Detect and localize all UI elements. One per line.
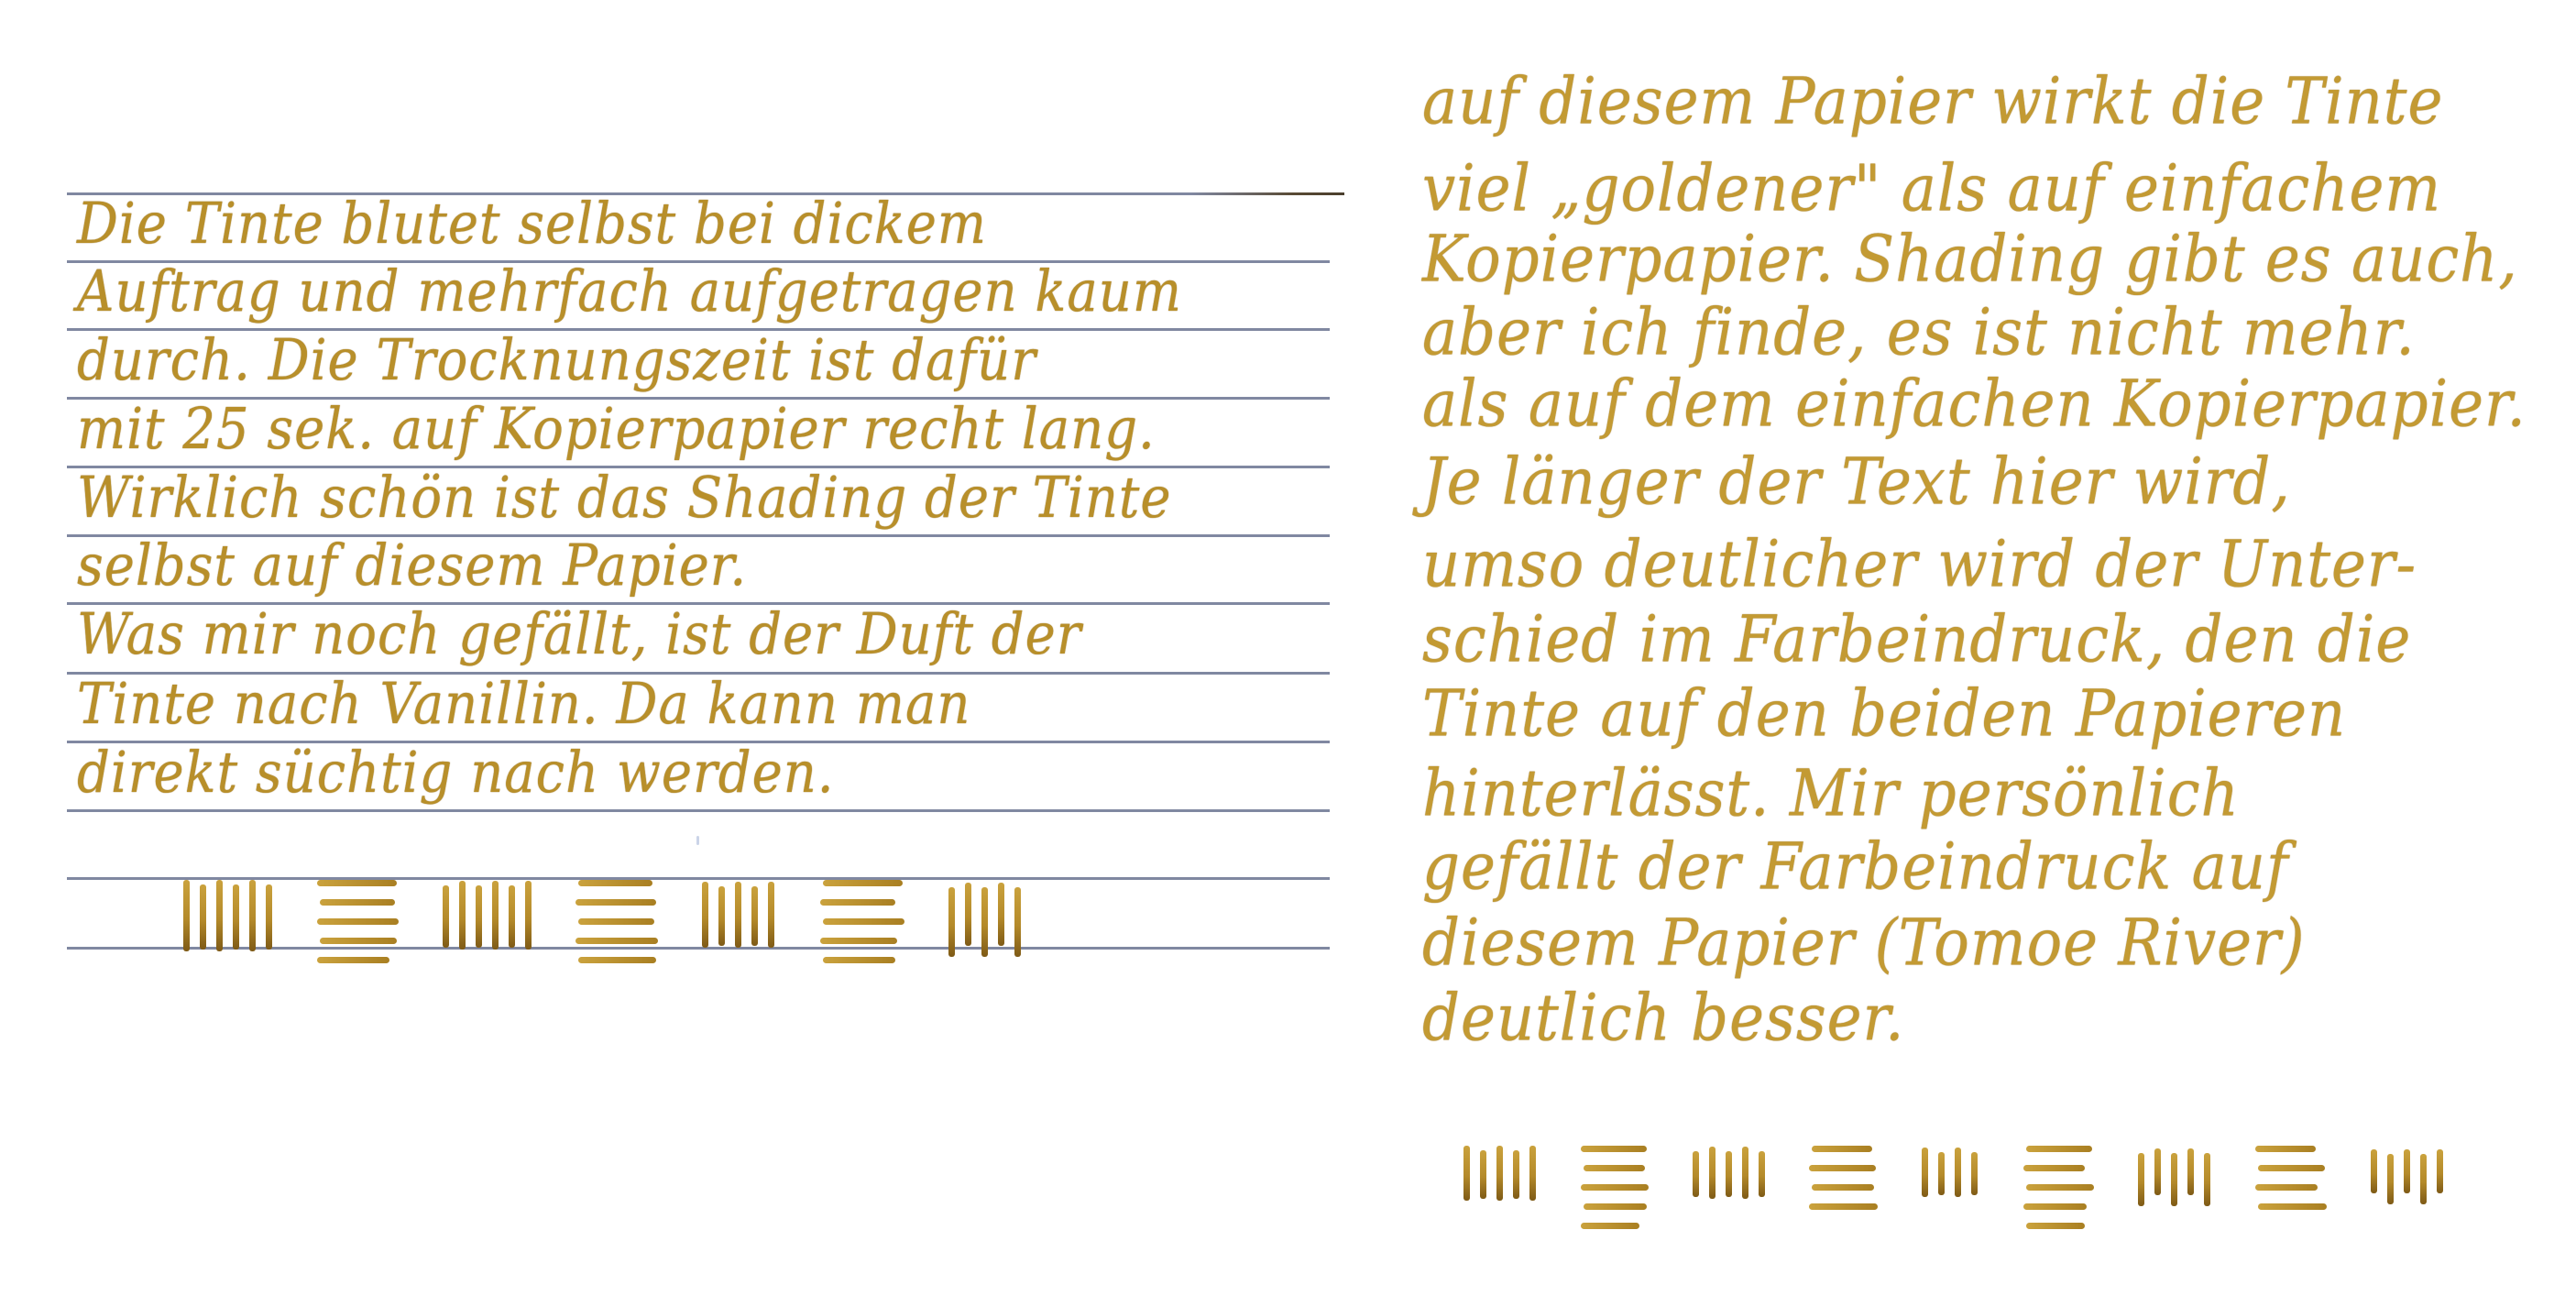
ink-stroke	[443, 885, 449, 948]
ink-stroke	[2171, 1153, 2177, 1206]
horizontal-stroke-swatch	[316, 880, 399, 963]
ink-stroke-swatches	[183, 880, 1065, 963]
ink-stroke	[2258, 1165, 2325, 1171]
ink-stroke	[249, 880, 256, 951]
ink-stroke	[1513, 1150, 1519, 1199]
ink-stroke	[823, 957, 895, 963]
ink-stroke	[981, 887, 988, 957]
ink-stroke	[317, 918, 399, 925]
vertical-stroke-swatch	[2371, 1146, 2443, 1204]
handwriting-line: Tinte auf den beiden Papieren	[1422, 679, 2346, 750]
handwriting-line: umso deutlicher wird der Unter-	[1422, 530, 2417, 600]
handwriting-line: deutlich besser.	[1422, 983, 1904, 1054]
tomoe-river-page: auf diesem Papier wirkt die Tinte viel „…	[1375, 0, 2576, 1296]
ink-stroke	[2255, 1146, 2316, 1152]
ink-stroke	[233, 884, 239, 950]
handwriting-line: gefällt der Farbeindruck auf	[1422, 832, 2289, 903]
handwriting-line: mit 25 sek. auf Kopierpapier recht lang.	[77, 400, 1156, 460]
ink-stroke	[459, 881, 466, 950]
handwriting-line: Kopierpapier. Shading gibt es auch,	[1422, 225, 2518, 295]
vertical-stroke-swatch	[2138, 1146, 2210, 1206]
ink-stroke	[2204, 1153, 2210, 1206]
ink-stroke	[965, 883, 971, 946]
horizontal-stroke-swatch	[575, 880, 658, 963]
ink-stroke	[320, 899, 395, 906]
ink-stroke	[1809, 1203, 1878, 1210]
ink-stroke	[948, 887, 955, 957]
ink-stroke	[735, 882, 741, 948]
ink-stroke	[2026, 1184, 2094, 1191]
ink-stroke	[823, 918, 904, 925]
ink-stroke	[1496, 1146, 1503, 1201]
ink-stroke	[1584, 1203, 1647, 1210]
ink-stroke	[2023, 1165, 2085, 1171]
ink-stroke	[1742, 1147, 1748, 1199]
ink-stroke	[578, 957, 656, 963]
ink-stroke	[1480, 1150, 1486, 1199]
horizontal-stroke-swatch	[1580, 1146, 1649, 1229]
ink-stroke	[1812, 1146, 1872, 1152]
ink-stroke	[1581, 1223, 1639, 1229]
ink-stroke	[1014, 887, 1021, 957]
ink-stroke	[1529, 1146, 1536, 1201]
handwriting-line: Je länger der Text hier wird,	[1422, 447, 2291, 518]
ink-stroke	[702, 882, 708, 948]
vertical-stroke-swatch	[948, 880, 1021, 957]
handwriting-line: durch. Die Trocknungszeit ist dafür	[77, 331, 1036, 391]
ink-stroke	[718, 886, 725, 946]
handwriting-line: als auf dem einfachen Kopierpapier.	[1422, 369, 2527, 440]
handwriting-line: Was mir noch gefällt, ist der Duft der	[77, 605, 1082, 665]
ink-stroke	[1463, 1146, 1470, 1201]
ink-stroke	[2420, 1154, 2427, 1204]
vertical-stroke-swatch	[702, 880, 774, 948]
vertical-stroke-swatch	[1693, 1146, 1765, 1199]
ink-stroke	[575, 899, 656, 906]
handwriting-line: Die Tinte blutet selbst bei dickem	[77, 194, 987, 255]
ink-stroke	[1709, 1147, 1716, 1199]
ink-stroke	[317, 880, 397, 886]
ink-stroke	[2138, 1153, 2144, 1206]
ink-stroke	[476, 885, 482, 948]
lined-paper-page: Die Tinte blutet selbst bei dickem Auftr…	[0, 0, 1356, 1296]
handwriting-line: Tinte nach Vanillin. Da kann man	[77, 675, 970, 735]
ink-stroke	[200, 884, 206, 950]
ink-stroke	[1938, 1152, 1945, 1195]
ink-stroke-swatches	[1463, 1146, 2487, 1229]
handwriting-line: viel „goldener" als auf einfachem	[1422, 154, 2441, 225]
handwriting-line: schied im Farbeindruck, den die	[1422, 605, 2411, 675]
ink-stroke	[266, 884, 272, 950]
ink-stroke	[317, 957, 389, 963]
paper-speck	[696, 836, 699, 845]
handwriting-line: auf diesem Papier wirkt die Tinte	[1422, 67, 2443, 137]
ink-stroke	[2404, 1149, 2410, 1193]
ink-stroke	[768, 882, 774, 948]
ink-stroke	[2371, 1149, 2377, 1193]
ink-stroke	[1581, 1146, 1647, 1152]
horizontal-stroke-swatch	[2022, 1146, 2094, 1229]
ink-stroke	[1922, 1148, 1928, 1197]
handwriting-line: aber ich finde, es ist nicht mehr.	[1422, 298, 2416, 368]
vertical-stroke-swatch	[1463, 1146, 1536, 1201]
ink-stroke	[2023, 1203, 2087, 1210]
vertical-stroke-swatch	[183, 880, 272, 951]
ink-stroke	[820, 938, 897, 944]
ink-stroke	[2026, 1223, 2085, 1229]
ink-stroke	[1759, 1151, 1765, 1197]
ink-stroke	[2255, 1184, 2318, 1191]
ink-stroke	[183, 880, 190, 951]
ink-stroke	[320, 938, 397, 944]
ink-stroke	[1809, 1165, 1876, 1171]
ink-stroke	[1726, 1151, 1732, 1197]
ink-stroke	[2258, 1203, 2327, 1210]
ink-stroke	[492, 881, 499, 950]
horizontal-stroke-swatch	[818, 880, 904, 963]
ink-stroke	[575, 938, 658, 944]
ink-stroke	[578, 880, 652, 886]
handwriting-line: direkt süchtig nach werden.	[77, 743, 835, 804]
ink-stroke	[2387, 1154, 2394, 1204]
ink-stroke	[2437, 1149, 2443, 1193]
ink-stroke	[578, 918, 654, 925]
handwriting-line: diesem Papier (Tomoe River)	[1422, 908, 2306, 979]
ink-stroke	[1812, 1184, 1874, 1191]
ink-stroke	[820, 899, 895, 906]
ink-stroke	[1584, 1165, 1645, 1171]
ink-stroke	[1693, 1151, 1699, 1197]
ink-stroke	[1955, 1148, 1961, 1197]
ink-stroke	[2154, 1148, 2161, 1195]
vertical-stroke-swatch	[443, 880, 532, 950]
ink-stroke	[216, 880, 223, 951]
ink-stroke	[509, 885, 515, 948]
horizontal-stroke-swatch	[1809, 1146, 1878, 1210]
ink-stroke	[823, 880, 903, 886]
ink-stroke	[751, 886, 758, 946]
handwriting-line: Wirklich schön ist das Shading der Tinte	[77, 468, 1172, 529]
horizontal-stroke-swatch	[2254, 1146, 2327, 1210]
handwriting-line: hinterlässt. Mir persönlich	[1422, 759, 2240, 829]
ink-stroke	[998, 883, 1004, 946]
handwriting-line: selbst auf diesem Papier.	[77, 536, 747, 597]
vertical-stroke-swatch	[1922, 1146, 1978, 1197]
ink-stroke	[2026, 1146, 2092, 1152]
handwriting-line: Auftrag und mehrfach aufgetragen kaum	[77, 262, 1182, 323]
ink-stroke	[1581, 1184, 1649, 1191]
ink-stroke	[2187, 1148, 2194, 1195]
ruled-line	[67, 809, 1330, 812]
ink-stroke	[1971, 1152, 1978, 1195]
ink-stroke	[525, 881, 532, 950]
